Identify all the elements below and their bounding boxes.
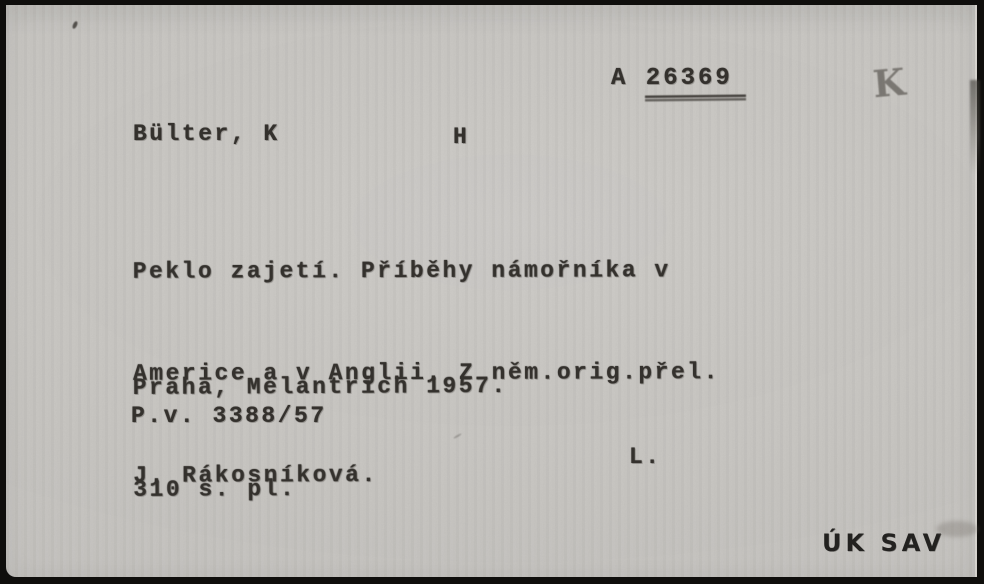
author-heading: Bülter, K <box>133 117 280 151</box>
catalog-card-paper: A 26369 K Bülter, K H Peklo zajetí. Příb… <box>6 5 977 577</box>
library-stamp: ÚK SAV <box>822 529 945 557</box>
accession-number: A 26369 <box>611 62 733 96</box>
k-stamp: K <box>871 60 907 107</box>
acquisition-number: P.v. 3388/57 <box>131 399 327 433</box>
cataloguer-initials: L. <box>629 440 662 474</box>
imprint-statement: Praha, Melantrich 1957. 310 s. pl. <box>132 301 508 575</box>
scan-smudge <box>936 521 978 537</box>
imprint-line: 310 s. pl. <box>133 471 508 507</box>
card-edge-smudge <box>970 80 980 175</box>
scanned-catalog-card: A 26369 K Bülter, K H Peklo zajetí. Příb… <box>0 0 984 584</box>
title-line: Peklo zajetí. Příběhy námořníka v <box>133 253 720 289</box>
section-letter: H <box>453 120 469 154</box>
accession-underline <box>645 94 746 101</box>
scan-speck <box>71 21 78 30</box>
